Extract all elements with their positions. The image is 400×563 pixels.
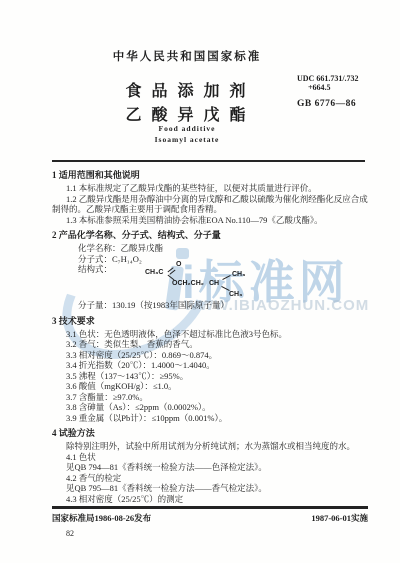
footer-implementation-date: 1987-06-01实施 xyxy=(311,512,368,524)
formula-branch-ch3-bottom: CH₃ xyxy=(229,290,242,301)
clause-4-2-reference: 见QB 795—81《香料统一检验方法——香气检定法》。 xyxy=(52,483,368,494)
page-number: 82 xyxy=(66,529,74,538)
double-bond-icon xyxy=(168,267,176,274)
clause-4-1-reference: 见QB 794—81《香料统一检验方法——色泽检定法》。 xyxy=(52,462,368,473)
clause-3-1: 3.1 色状：无色透明液体，色泽不超过标准比色液3号色标。 xyxy=(52,329,368,340)
formula-och2ch2: OCH₂CH₂ xyxy=(172,279,204,290)
footer-issued-date: 国家标准局1986-08-26发布 xyxy=(52,512,151,524)
clause-3-6: 3.6 酸值（mgKOH/g）：≤1.0。 xyxy=(52,381,368,392)
chemical-name: 化学名称：乙酸异戊酯 xyxy=(52,243,368,254)
document-body: 1 适用范围和其他说明 1.1 本标准规定了乙酸异戊酯的某些特征，以便对其质量进… xyxy=(52,170,368,506)
section-4-heading: 4 试验方法 xyxy=(52,428,368,439)
clause-3-5: 3.5 沸程（137～143℃）：≥95%。 xyxy=(52,371,368,382)
header-divider xyxy=(52,160,365,162)
clause-3-2: 3.2 香气：类似生梨、香蕉的香气。 xyxy=(52,339,368,350)
clause-3-7: 3.7 含酯量：≥97.0%。 xyxy=(52,392,368,403)
section-2-heading: 2 产品化学名称、分子式、结构式、分子量 xyxy=(52,230,368,241)
formula-ch3c: CH₃C xyxy=(145,268,163,279)
clause-1-3: 1.3 本标准参照采用美国精油协会标准EOA No.110—79《乙酸戊酯》。 xyxy=(52,215,368,226)
molecular-weight: 分子量：130.19（按1983年国际原子量） xyxy=(52,300,368,311)
document-title-cn-line1: 食 品 添 加 剂 xyxy=(52,78,322,101)
udc-line1: UDC 661.731/.732 xyxy=(297,74,359,83)
standard-document-page: i标准网 WWW.IBIAOZHUN.COM 中华人民共和国国家标准 食 品 添… xyxy=(0,0,400,563)
clause-1-1: 1.1 本标准规定了乙酸异戊酯的某些特征，以便对其质量进行评价。 xyxy=(52,183,368,194)
footer-divider xyxy=(52,506,368,509)
structure-row: 结构式： CH₃C O OCH₂CH₂ CH CH₃ CH₃ xyxy=(52,264,368,300)
clause-4-1: 4.1 色状 xyxy=(52,452,368,463)
clause-3-4: 3.4 折光指数（20℃）：1.4000～1.4040。 xyxy=(52,360,368,371)
section-1-heading: 1 适用范围和其他说明 xyxy=(52,170,368,181)
document-title-en-line1: Food additive xyxy=(52,124,322,133)
branch-bond-up-icon xyxy=(222,275,230,280)
national-standard-header: 中华人民共和国国家标准 xyxy=(52,48,322,64)
section-3-heading: 3 技术要求 xyxy=(52,316,368,327)
formula-carbonyl-o: O xyxy=(176,260,181,271)
udc-classification: UDC 661.731/.732 +664.5 xyxy=(297,74,359,92)
clause-1-2: 1.2 乙酸异戊酯是用杂醇油中分离的异戊醇和乙酸以硫酸为催化剂经酯化反应合成制得… xyxy=(52,194,368,215)
document-title-cn-line2: 乙 酸 异 戊 酯 xyxy=(52,102,322,125)
structural-formula: CH₃C O OCH₂CH₂ CH CH₃ CH₃ xyxy=(145,262,305,300)
formula-ch: CH xyxy=(209,279,219,290)
document-title-en-line2: Isoamyl acetate xyxy=(52,135,322,144)
formula-branch-ch3-top: CH₃ xyxy=(232,270,245,281)
clause-3-9: 3.9 重金属（以Pb计）：≤10ppm（0.001%）。 xyxy=(52,413,368,424)
standard-code: GB 6776—86 xyxy=(297,99,356,109)
udc-line2: +664.5 xyxy=(297,83,359,92)
clause-4-3: 4.3 相对密度（25/25℃）的测定 xyxy=(52,494,368,505)
clause-4-2: 4.2 香气的检定 xyxy=(52,473,368,484)
clause-3-8: 3.8 含砷量（As）：≤2ppm（0.0002%）。 xyxy=(52,402,368,413)
clause-3-3: 3.3 相对密度（25/25℃）：0.869～0.874。 xyxy=(52,350,368,361)
section-4-intro: 除特别注明外，试验中所用试剂为分析纯试剂；水为蒸馏水或相当纯度的水。 xyxy=(52,441,368,452)
